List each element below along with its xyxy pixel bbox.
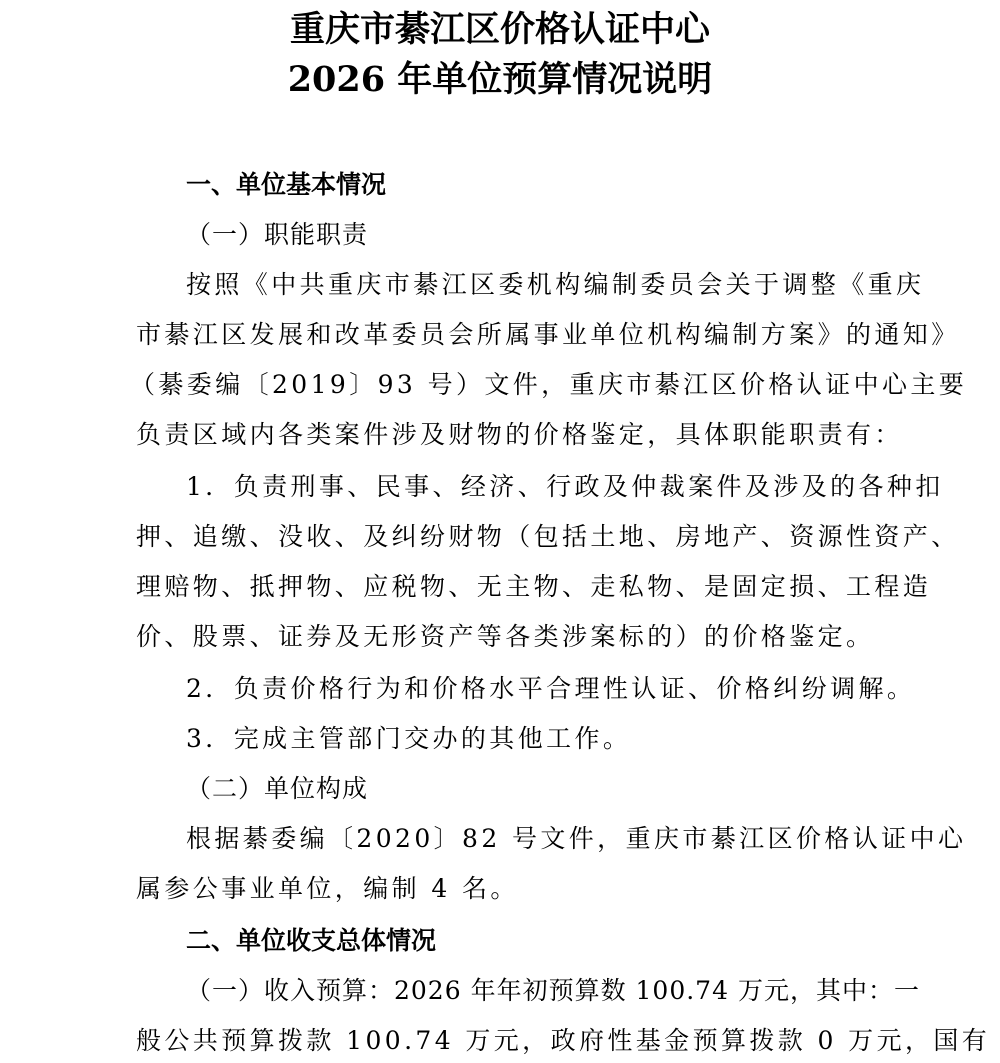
function-item-2: 2．负责价格行为和价格水平合理性认证、价格纠纷调解。 xyxy=(186,672,915,706)
functions-paragraph-line: 市綦江区发展和改革委员会所属事业单位机构编制方案》的通知》 xyxy=(136,318,960,352)
document-page: 重庆市綦江区价格认证中心 2026 年单位预算情况说明 一、单位基本情况 （一）… xyxy=(0,0,1000,1063)
income-budget-line: 般公共预算拨款 100.74 万元，政府性基金预算拨款 0 万元，国有 xyxy=(136,1024,990,1058)
composition-paragraph-line: 属参公事业单位，编制 4 名。 xyxy=(136,872,519,906)
subsection-functions-heading: （一）职能职责 xyxy=(186,218,368,252)
function-item-3: 3．完成主管部门交办的其他工作。 xyxy=(186,722,631,756)
income-budget-line: （一）收入预算：2026 年年初预算数 100.74 万元，其中：一 xyxy=(186,974,920,1008)
document-title-line2: 2026 年单位预算情况说明 xyxy=(0,58,1000,102)
functions-paragraph-line: （綦委编〔2019〕93 号）文件，重庆市綦江区价格认证中心主要 xyxy=(130,368,967,402)
composition-paragraph-line: 根据綦委编〔2020〕82 号文件，重庆市綦江区价格认证中心 xyxy=(186,822,966,856)
subsection-composition-heading: （二）单位构成 xyxy=(186,772,368,806)
section1-heading: 一、单位基本情况 xyxy=(186,168,386,202)
document-title-line1: 重庆市綦江区价格认证中心 xyxy=(0,8,1000,52)
functions-paragraph-line: 按照《中共重庆市綦江区委机构编制委员会关于调整《重庆 xyxy=(186,268,924,302)
function-item-1-line: 1．负责刑事、民事、经济、行政及仲裁案件及涉及的各种扣 xyxy=(186,470,944,504)
functions-paragraph-line: 负责区域内各类案件涉及财物的价格鉴定，具体职能职责有： xyxy=(136,418,903,452)
function-item-1-line: 价、股票、证券及无形资产等各类涉案标的）的价格鉴定。 xyxy=(136,620,874,654)
function-item-1-line: 押、追缴、没收、及纠纷财物（包括土地、房地产、资源性资产、 xyxy=(136,520,960,554)
function-item-1-line: 理赔物、抵押物、应税物、无主物、走私物、是固定损、工程造 xyxy=(136,570,931,604)
section2-heading: 二、单位收支总体情况 xyxy=(186,924,436,958)
